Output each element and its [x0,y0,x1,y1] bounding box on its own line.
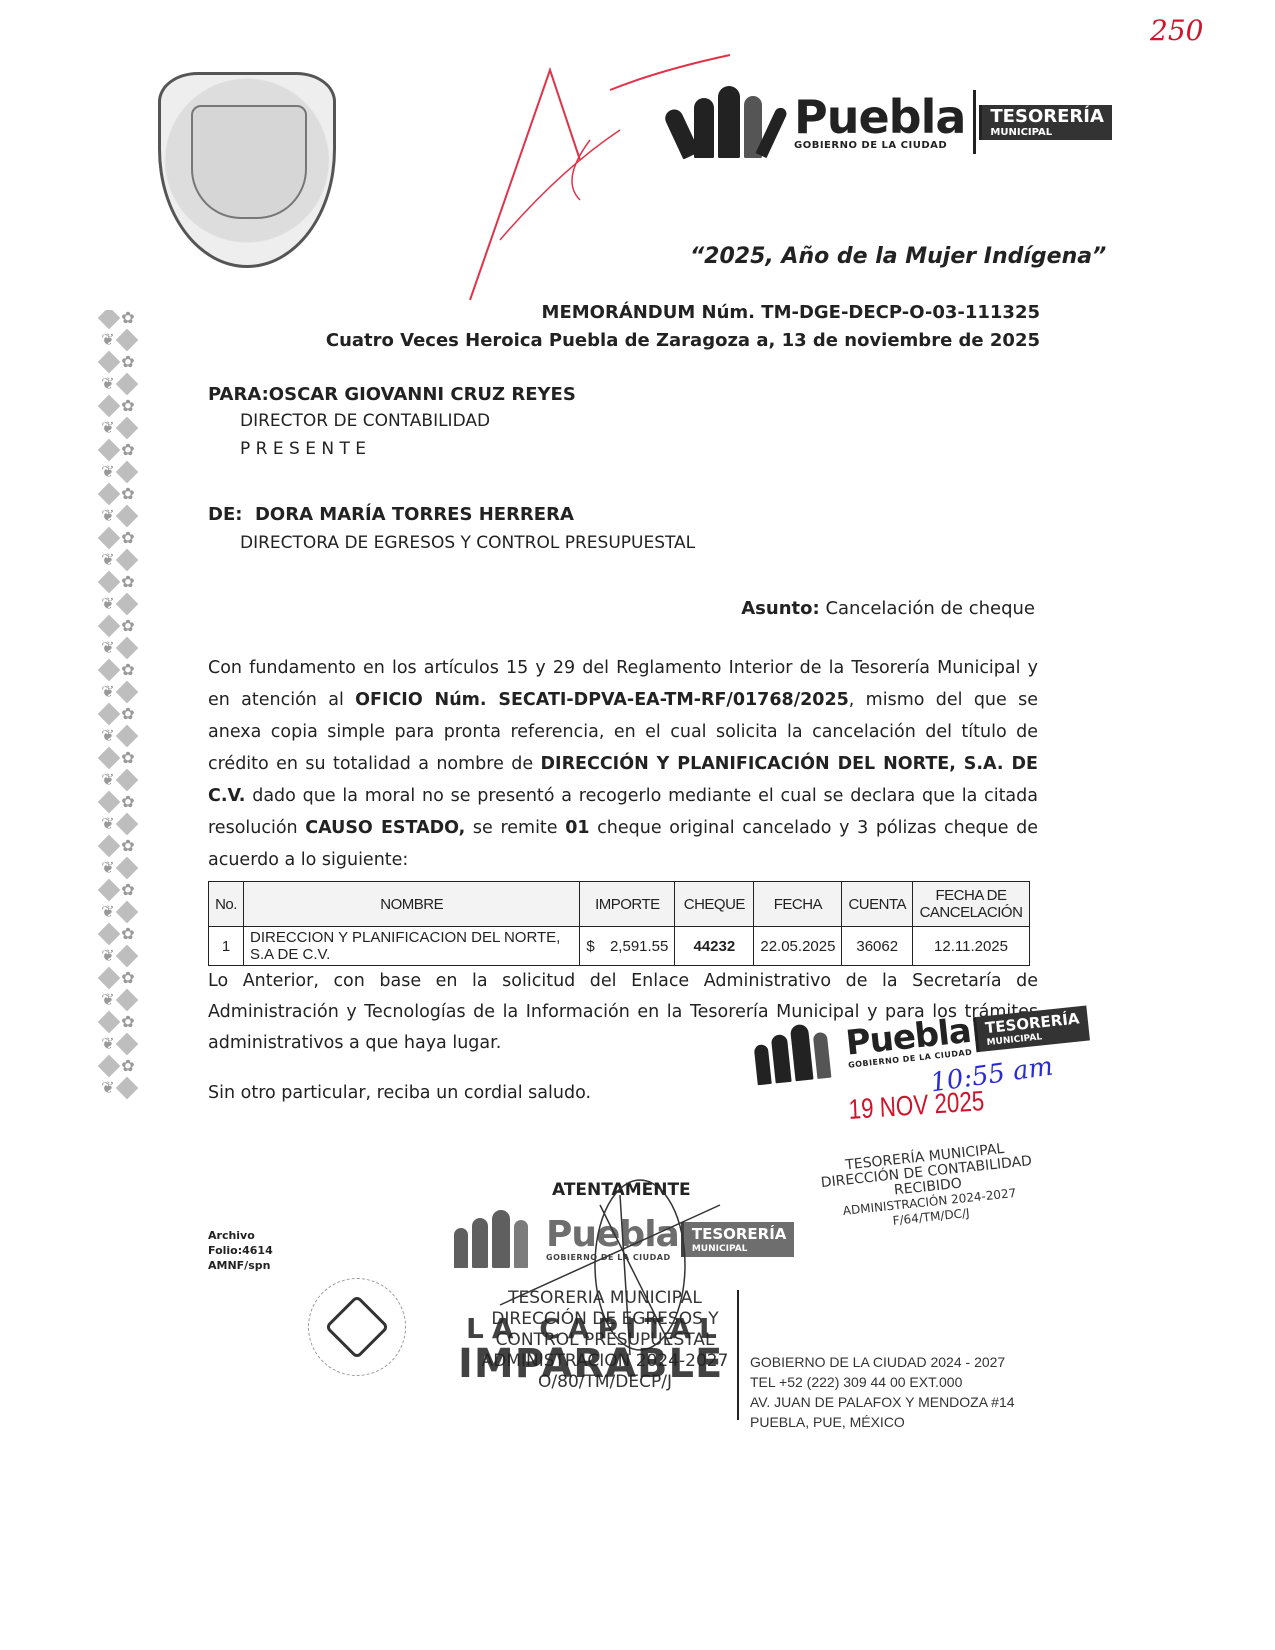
body-paragraph: Con fundamento en los artículos 15 y 29 … [208,652,1038,876]
col-fecha: FECHA [754,882,842,927]
cell-nombre: DIRECCION Y PLANIFICACION DEL NORTE, S.A… [244,927,580,966]
received-date-stamp: 19 NOV 2025 [848,1085,985,1126]
col-nombre: NOMBRE [244,882,580,927]
puebla-tesoreria-logo: Puebla GOBIERNO DE LA CIUDAD TESORERÍA M… [668,86,1112,158]
gobierno-subtitle: GOBIERNO DE LA CIUDAD [794,140,965,151]
from-label: DE: [208,504,242,525]
sender-title: DIRECTORA DE EGRESOS Y CONTROL PRESUPUES… [240,533,695,553]
decorative-border: ✿ ❦ ✿ ❦ ✿ ❦ ✿ ❦ ✿ ❦ ✿ ❦ ✿ ❦ ✿ ❦ ✿ ❦ ✿ ❦ … [88,310,148,1530]
col-importe: IMPORTE [580,882,675,927]
subject-value: Cancelación de cheque [825,598,1035,619]
cell-fecha-cancelacion: 12.11.2025 [913,927,1030,966]
received-stamp-text: TESORERÍA MUNICIPAL DIRECCIÓN DE CONTABI… [805,1138,1052,1238]
col-cheque: CHEQUE [675,882,754,927]
sender-block: DE: DORA MARÍA TORRES HERRERA DIRECTORA … [208,504,695,553]
col-cuenta: CUENTA [842,882,913,927]
subject-label: Asunto: [741,598,819,619]
year-motto: “2025, Año de la Mujer Indígena” [690,244,1106,269]
to-label: PARA: [208,384,269,405]
igualdad-laboral-seal: Norma Mexicana en Igualdad Laboral y No … [308,1278,406,1376]
cell-fecha: 22.05.2025 [754,927,842,966]
presente-label: P R E S E N T E [240,439,576,459]
slogan-la-capital-imparable: LA CAPITAL IMPARABLE [436,1314,725,1384]
farewell-line: Sin otro particular, reciba un cordial s… [208,1083,591,1103]
cell-importe: $2,591.55 [580,927,675,966]
recipient-block: PARA:OSCAR GIOVANNI CRUZ REYES DIRECTOR … [208,384,576,459]
puebla-emblem-icon [668,86,788,158]
subject-line: Asunto: Cancelación de cheque [741,598,1035,619]
cell-cuenta: 36062 [842,927,913,966]
table-row: 1 DIRECCION Y PLANIFICACION DEL NORTE, S… [209,927,1030,966]
recipient-title: DIRECTOR DE CONTABILIDAD [240,411,576,431]
cell-no: 1 [209,927,244,966]
footer-contact: GOBIERNO DE LA CIUDAD 2024 - 2027 TEL +5… [750,1352,1015,1432]
archive-reference: Archivo Folio:4614 AMNF/spn [208,1228,273,1273]
sender-name: DORA MARÍA TORRES HERRERA [255,504,574,525]
city-coat-of-arms [158,72,336,268]
memo-number: MEMORÁNDUM Núm. TM-DGE-DECP-O-03-111325 [542,302,1040,323]
handwritten-page-number: 250 [1150,14,1203,47]
col-fecha-cancelacion: FECHA DE CANCELACIÓN [913,882,1030,927]
memo-place-date: Cuatro Veces Heroica Puebla de Zaragoza … [326,330,1040,351]
cell-cheque: 44232 [675,927,754,966]
tesoreria-badge: TESORERÍA MUNICIPAL [979,105,1111,140]
footer-divider [737,1290,739,1420]
puebla-emblem-icon [748,1020,845,1085]
seal-emblem-icon [324,1294,389,1359]
recipient-name: OSCAR GIOVANNI CRUZ REYES [269,384,576,405]
oficio-reference: OFICIO Núm. SECATI-DPVA-EA-TM-RF/01768/2… [355,690,849,710]
table-header-row: No. NOMBRE IMPORTE CHEQUE FECHA CUENTA F… [209,882,1030,927]
cheque-table: No. NOMBRE IMPORTE CHEQUE FECHA CUENTA F… [208,881,1030,966]
col-no: No. [209,882,244,927]
puebla-wordmark: Puebla [794,94,965,140]
